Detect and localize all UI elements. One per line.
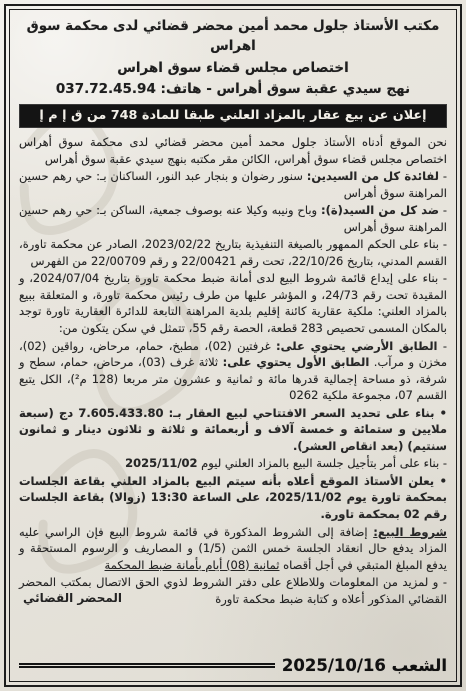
body-paragraph: - بناء على الحكم الممهور بالصيغة التنفيذ… bbox=[19, 236, 447, 269]
paragraph-segment: ضد كل من السيد(ة): bbox=[321, 203, 439, 217]
auction-banner: إعلان عن بيع عقار بالمزاد العلني طبقا لل… bbox=[19, 104, 447, 128]
body-paragraph: • يعلن الأستاذ الموقع أعلاه بأنه سيتم ال… bbox=[19, 473, 447, 523]
paragraph-segment: لفائدة كل من السيدين: bbox=[307, 169, 439, 183]
document-inner-border: مكتب الأستاذ جلول محمد أمين محضر قضائي ل… bbox=[9, 9, 457, 682]
body-paragraph: - بناء على إيداع قائمة شروط البيع لدى أم… bbox=[19, 270, 447, 336]
paragraph-segment: - bbox=[439, 169, 447, 183]
body-paragraph: - بناء على أمر بتأجيل جلسة البيع بالمزاد… bbox=[19, 455, 447, 472]
paragraph-segment: - بناء على الحكم الممهور بالصيغة التنفيذ… bbox=[19, 237, 447, 268]
signature-label: المحضر القضائي bbox=[19, 591, 447, 605]
publication-date: 2025/10/16 bbox=[282, 656, 386, 675]
newspaper-name: الشعب bbox=[392, 656, 447, 675]
paragraph-segment: شروط البيع: bbox=[373, 525, 447, 539]
banner-title: إعلان عن بيع عقار بالمزاد العلني طبقا لل… bbox=[39, 108, 426, 123]
jurisdiction-line: اختصاص مجلس قضاء سوق اهراس bbox=[19, 58, 447, 78]
office-header: مكتب الأستاذ جلول محمد أمين محضر قضائي ل… bbox=[19, 15, 447, 100]
paragraph-segment: - بناء على أمر بتأجيل جلسة البيع بالمزاد… bbox=[198, 456, 447, 470]
body-paragraph: - لفائدة كل من السيدين: سنور رضوان و بنج… bbox=[19, 168, 447, 201]
paragraph-segment: الطابق الأول يحتوي على: bbox=[223, 355, 370, 369]
newspaper-footer: الشعب 2025/10/16 bbox=[19, 652, 447, 675]
paragraph-segment: • يعلن الأستاذ الموقع أعلاه بأنه سيتم ال… bbox=[19, 474, 447, 521]
paragraph-segment: ثمانية (08) أيام بأمانة ضبط المحكمة bbox=[105, 558, 280, 572]
paragraph-segment: • بناء على تحديد السعر الافتتاحي لبيع ال… bbox=[19, 406, 447, 453]
body-paragraph: • بناء على تحديد السعر الافتتاحي لبيع ال… bbox=[19, 405, 447, 455]
paragraph-segment: الطابق الأرضي يحتوي على: bbox=[276, 339, 437, 353]
body-paragraph: شروط البيع: إضافة إلى الشروط المذكورة في… bbox=[19, 524, 447, 574]
address-phone-line: نهج سيدي عقبة سوق أهراس - هاتف: 037.72.4… bbox=[19, 79, 447, 99]
paragraph-segment: نحن الموقع أدناه الأستاذ جلول محمد أمين … bbox=[19, 135, 447, 166]
scanned-legal-notice-page: مكتب الأستاذ جلول محمد أمين محضر قضائي ل… bbox=[0, 0, 466, 691]
body-paragraph: - الطابق الأرضي يحتوي على: غرفتين (02)، … bbox=[19, 338, 447, 404]
body-paragraphs: نحن الموقع أدناه الأستاذ جلول محمد أمين … bbox=[19, 134, 447, 608]
footer-divider-line bbox=[19, 663, 275, 668]
paragraph-segment: 2025/11/02 bbox=[125, 456, 197, 470]
paragraph-segment: - bbox=[439, 203, 447, 217]
document-outer-border: مكتب الأستاذ جلول محمد أمين محضر قضائي ل… bbox=[4, 4, 462, 687]
body-paragraph: نحن الموقع أدناه الأستاذ جلول محمد أمين … bbox=[19, 134, 447, 167]
office-name-line: مكتب الأستاذ جلول محمد أمين محضر قضائي ل… bbox=[19, 16, 447, 57]
newspaper-name-and-date: الشعب 2025/10/16 bbox=[282, 656, 447, 675]
body-paragraph: - ضد كل من السيد(ة): وباح ونيبه وكيلا عن… bbox=[19, 202, 447, 235]
paragraph-segment: - bbox=[437, 339, 447, 353]
paragraph-segment: - بناء على إيداع قائمة شروط البيع لدى أم… bbox=[19, 271, 447, 335]
